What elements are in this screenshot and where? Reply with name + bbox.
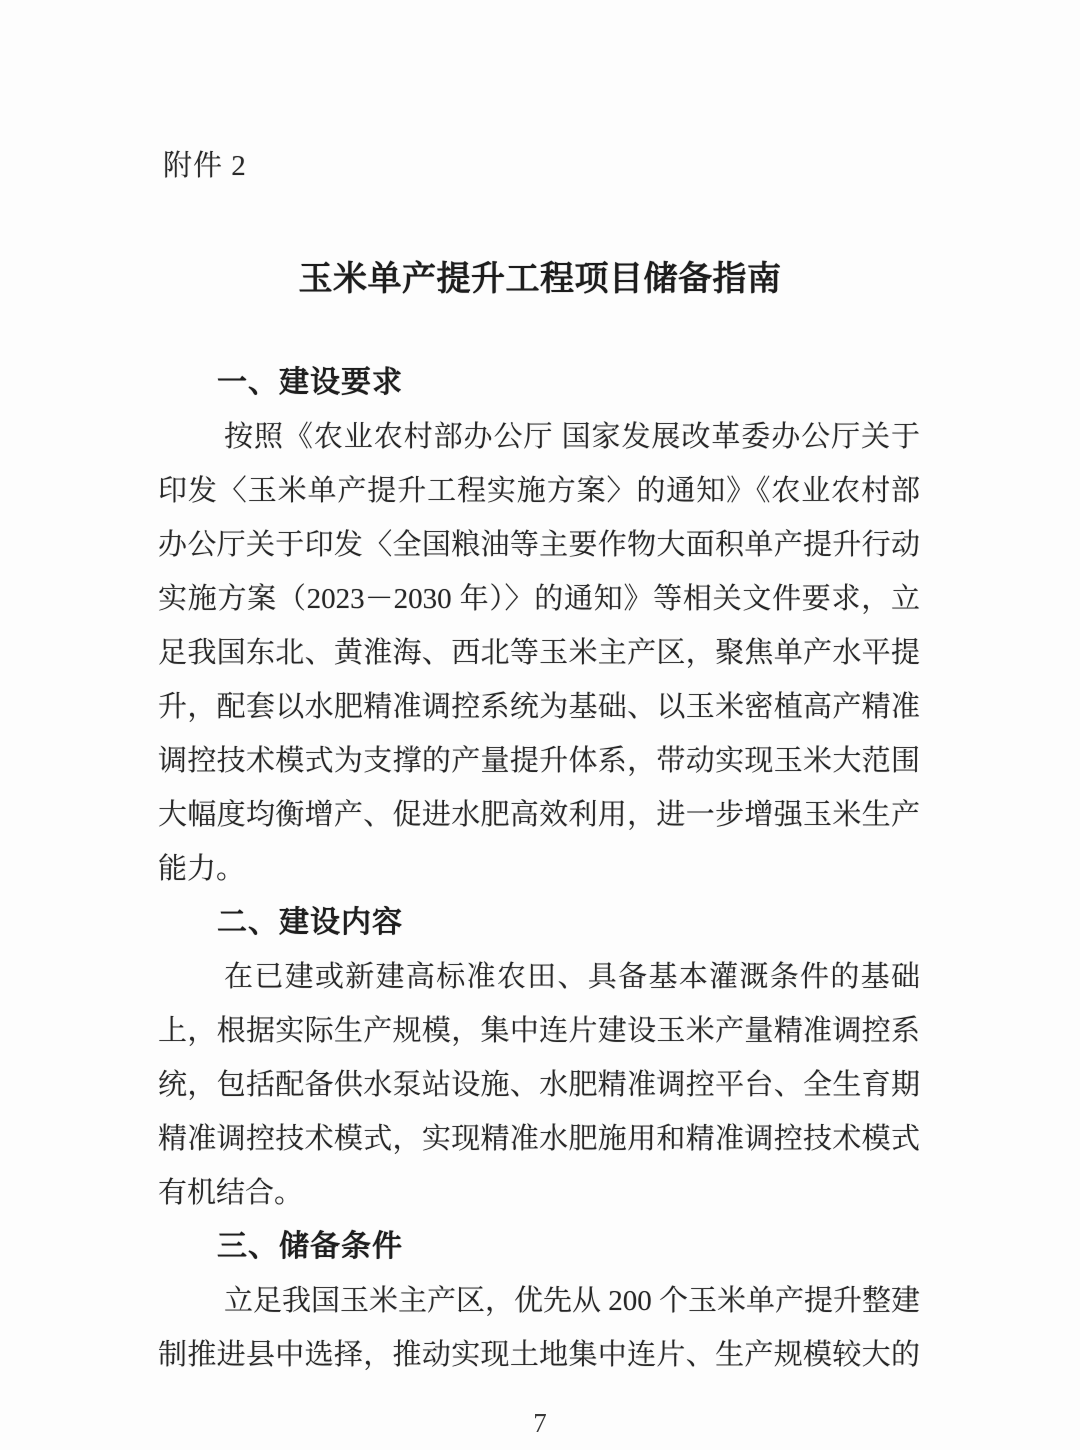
body-line: 调控技术模式为支撑的产量提升体系，带动实现玉米大范围 (158, 734, 920, 788)
body-line: 制推进县中选择，推动实现土地集中连片、生产规模较大的 (158, 1328, 920, 1382)
document-title: 玉米单产提升工程项目储备指南 (0, 251, 1080, 300)
body-line: 按照《农业农村部办公厅 国家发展改革委办公厅关于 (158, 410, 920, 464)
document-body: 一、建设要求 按照《农业农村部办公厅 国家发展改革委办公厅关于 印发〈玉米单产提… (158, 356, 920, 1382)
attachment-label: 附件 2 (163, 143, 247, 184)
body-line: 大幅度均衡增产、促进水肥高效利用，进一步增强玉米生产 (158, 788, 920, 842)
body-line: 能力。 (158, 842, 920, 896)
body-line: 印发〈玉米单产提升工程实施方案〉的通知》《农业农村部 (158, 464, 920, 518)
section-heading-construction-content: 二、建设内容 (158, 896, 920, 950)
section-heading-construction-requirements: 一、建设要求 (158, 356, 920, 410)
body-line: 办公厅关于印发〈全国粮油等主要作物大面积单产提升行动 (158, 518, 920, 572)
body-line: 精准调控技术模式，实现精准水肥施用和精准调控技术模式 (158, 1112, 920, 1166)
body-line: 升，配套以水肥精准调控系统为基础、以玉米密植高产精准 (158, 680, 920, 734)
section-heading-reserve-conditions: 三、储备条件 (158, 1220, 920, 1274)
body-line: 统，包括配备供水泵站设施、水肥精准调控平台、全生育期 (158, 1058, 920, 1112)
body-line: 立足我国玉米主产区，优先从 200 个玉米单产提升整建 (158, 1274, 920, 1328)
body-line: 足我国东北、黄淮海、西北等玉米主产区，聚焦单产水平提 (158, 626, 920, 680)
document-page: 附件 2 玉米单产提升工程项目储备指南 一、建设要求 按照《农业农村部办公厅 国… (0, 0, 1080, 1450)
body-line: 有机结合。 (158, 1166, 920, 1220)
body-line: 上，根据实际生产规模，集中连片建设玉米产量精准调控系 (158, 1004, 920, 1058)
body-line: 实施方案（2023－2030 年）〉的通知》等相关文件要求，立 (158, 572, 920, 626)
page-number: 7 (0, 1408, 1080, 1439)
body-line: 在已建或新建高标准农田、具备基本灌溉条件的基础 (158, 950, 920, 1004)
